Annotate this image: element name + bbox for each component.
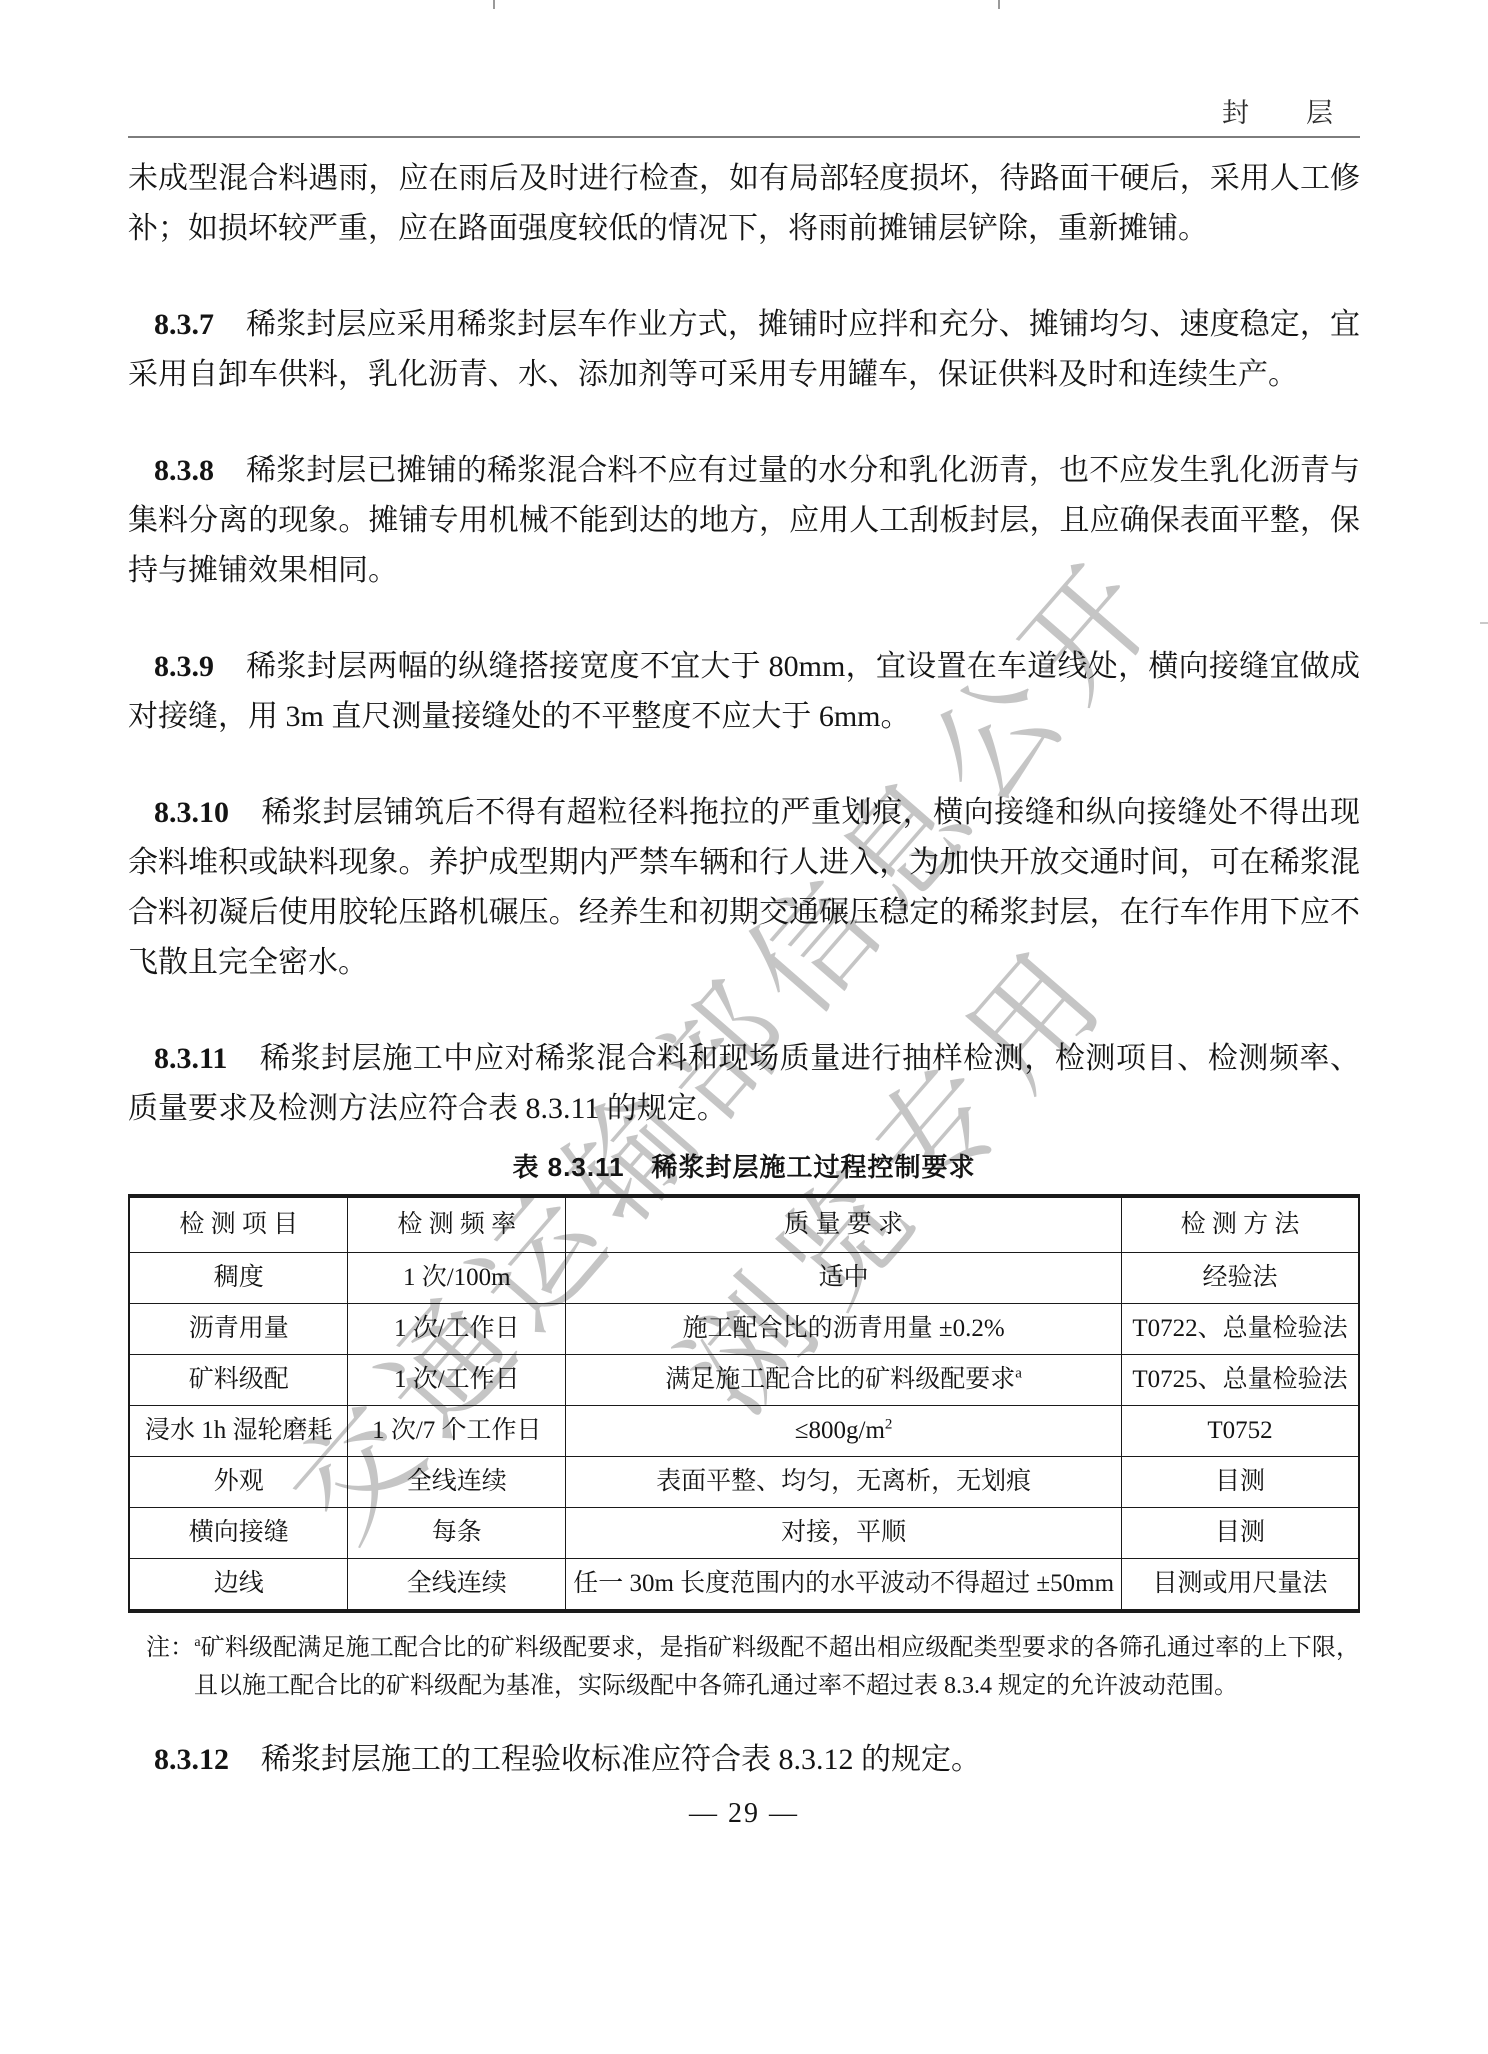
table-cell: 任一 30m 长度范围内的水平波动不得超过 ±50mm xyxy=(566,1559,1122,1612)
table-cell: 目测或用尺量法 xyxy=(1122,1559,1359,1612)
table-cell: 施工配合比的沥青用量 ±0.2% xyxy=(566,1304,1122,1355)
table-cell: 目测 xyxy=(1122,1508,1359,1559)
section-number: 8.3.12 xyxy=(154,1743,229,1776)
table-cell: 全线连续 xyxy=(348,1457,566,1508)
table-row: 外观全线连续表面平整、均匀，无离析，无划痕目测 xyxy=(129,1457,1359,1508)
table-cell: 1 次/100m xyxy=(348,1253,566,1304)
page-content: 封 层 未成型混合料遇雨，应在雨后及时进行检查，如有局部轻度损坏，待路面干硬后，… xyxy=(0,0,1488,1829)
table-cell: 沥青用量 xyxy=(129,1304,348,1355)
table-row: 横向接缝每条对接，平顺目测 xyxy=(129,1508,1359,1559)
table-column-header: 质 量 要 求 xyxy=(566,1196,1122,1253)
paragraph-8-3-9: 8.3.9稀浆封层两幅的纵缝搭接宽度不宜大于 80mm，宜设置在车道线处，横向接… xyxy=(128,642,1360,742)
note-text: a矿料级配满足施工配合比的矿料级配要求，是指矿料级配不超出相应级配类型要求的各筛… xyxy=(194,1635,1360,1699)
table-column-header: 检 测 方 法 xyxy=(1122,1196,1359,1253)
paragraph-8-3-10: 8.3.10稀浆封层铺筑后不得有超粒径料拖拉的严重划痕，横向接缝和纵向接缝处不得… xyxy=(128,788,1360,988)
document-page: 交通运输部信息公开 浏览专用 封 层 未成型混合料遇雨，应在雨后及时进行检查，如… xyxy=(0,0,1488,2054)
table-cell: T0722、总量检验法 xyxy=(1122,1304,1359,1355)
paragraph-text: 稀浆封层施工的工程验收标准应符合表 8.3.12 的规定。 xyxy=(261,1743,981,1776)
paragraph-8-3-12: 8.3.12稀浆封层施工的工程验收标准应符合表 8.3.12 的规定。 xyxy=(128,1735,1360,1785)
table-row: 浸水 1h 湿轮磨耗1 次/7 个工作日≤800g/m2T0752 xyxy=(129,1406,1359,1457)
table-cell: 适中 xyxy=(566,1253,1122,1304)
table-cell: 1 次/工作日 xyxy=(348,1304,566,1355)
table-cell: ≤800g/m2 xyxy=(566,1406,1122,1457)
table-note: 注：a矿料级配满足施工配合比的矿料级配要求，是指矿料级配不超出相应级配类型要求的… xyxy=(146,1629,1360,1705)
process-control-table: 检 测 项 目检 测 频 率质 量 要 求检 测 方 法 稠度1 次/100m适… xyxy=(128,1194,1360,1613)
table-cell: 经验法 xyxy=(1122,1253,1359,1304)
section-number: 8.3.7 xyxy=(154,308,214,341)
section-number: 8.3.9 xyxy=(154,650,214,683)
table-cell: 稠度 xyxy=(129,1253,348,1304)
table-cell: 横向接缝 xyxy=(129,1508,348,1559)
table-column-header: 检 测 项 目 xyxy=(129,1196,348,1253)
table-cell: 边线 xyxy=(129,1559,348,1612)
table-row: 矿料级配1 次/工作日满足施工配合比的矿料级配要求aT0725、总量检验法 xyxy=(129,1355,1359,1406)
table-cell: 矿料级配 xyxy=(129,1355,348,1406)
header-rule xyxy=(128,136,1360,138)
running-header: 封 层 xyxy=(128,98,1360,128)
paragraph-8-3-8: 8.3.8稀浆封层已摊铺的稀浆混合料不应有过量的水分和乳化沥青，也不应发生乳化沥… xyxy=(128,446,1360,596)
paragraph-8-3-7: 8.3.7稀浆封层应采用稀浆封层车作业方式，摊铺时应拌和充分、摊铺均匀、速度稳定… xyxy=(128,300,1360,400)
table-header: 检 测 项 目检 测 频 率质 量 要 求检 测 方 法 xyxy=(129,1196,1359,1253)
table-header-row: 检 测 项 目检 测 频 率质 量 要 求检 测 方 法 xyxy=(129,1196,1359,1253)
table-cell: 目测 xyxy=(1122,1457,1359,1508)
paragraph-text: 稀浆封层施工中应对稀浆混合料和现场质量进行抽样检测，检测项目、检测频率、质量要求… xyxy=(128,1042,1360,1125)
table-cell: 外观 xyxy=(129,1457,348,1508)
table-cell: 每条 xyxy=(348,1508,566,1559)
paragraph-8-3-11: 8.3.11稀浆封层施工中应对稀浆混合料和现场质量进行抽样检测，检测项目、检测频… xyxy=(128,1034,1360,1134)
paragraph-text: 稀浆封层已摊铺的稀浆混合料不应有过量的水分和乳化沥青，也不应发生乳化沥青与集料分… xyxy=(128,454,1360,587)
table-cell: 1 次/工作日 xyxy=(348,1355,566,1406)
table-cell: 1 次/7 个工作日 xyxy=(348,1406,566,1457)
paragraph-text: 未成型混合料遇雨，应在雨后及时进行检查，如有局部轻度损坏，待路面干硬后，采用人工… xyxy=(128,162,1360,245)
table-cell: T0725、总量检验法 xyxy=(1122,1355,1359,1406)
paragraph-text: 稀浆封层铺筑后不得有超粒径料拖拉的严重划痕，横向接缝和纵向接缝处不得出现余料堆积… xyxy=(128,796,1360,979)
table-cell: 满足施工配合比的矿料级配要求a xyxy=(566,1355,1122,1406)
section-number: 8.3.10 xyxy=(154,796,229,829)
table-cell: 表面平整、均匀，无离析，无划痕 xyxy=(566,1457,1122,1508)
section-number: 8.3.8 xyxy=(154,454,214,487)
table-column-header: 检 测 频 率 xyxy=(348,1196,566,1253)
paragraph-text: 稀浆封层应采用稀浆封层车作业方式，摊铺时应拌和充分、摊铺均匀、速度稳定，宜采用自… xyxy=(128,308,1360,391)
table-cell: 对接，平顺 xyxy=(566,1508,1122,1559)
table-row: 沥青用量1 次/工作日施工配合比的沥青用量 ±0.2%T0722、总量检验法 xyxy=(129,1304,1359,1355)
section-number: 8.3.11 xyxy=(154,1042,227,1075)
paragraph-text: 稀浆封层两幅的纵缝搭接宽度不宜大于 80mm，宜设置在车道线处，横向接缝宜做成对… xyxy=(128,650,1360,733)
paragraph-continuation: 未成型混合料遇雨，应在雨后及时进行检查，如有局部轻度损坏，待路面干硬后，采用人工… xyxy=(128,154,1360,254)
table-cell: T0752 xyxy=(1122,1406,1359,1457)
table-row: 边线全线连续任一 30m 长度范围内的水平波动不得超过 ±50mm目测或用尺量法 xyxy=(129,1559,1359,1612)
table-cell: 浸水 1h 湿轮磨耗 xyxy=(129,1406,348,1457)
table-row: 稠度1 次/100m适中经验法 xyxy=(129,1253,1359,1304)
page-number: — 29 — xyxy=(128,1799,1360,1829)
table-caption: 表 8.3.11 稀浆封层施工过程控制要求 xyxy=(128,1150,1360,1184)
table-cell: 全线连续 xyxy=(348,1559,566,1612)
table-body: 稠度1 次/100m适中经验法沥青用量1 次/工作日施工配合比的沥青用量 ±0.… xyxy=(129,1253,1359,1612)
note-label: 注： xyxy=(146,1635,194,1661)
